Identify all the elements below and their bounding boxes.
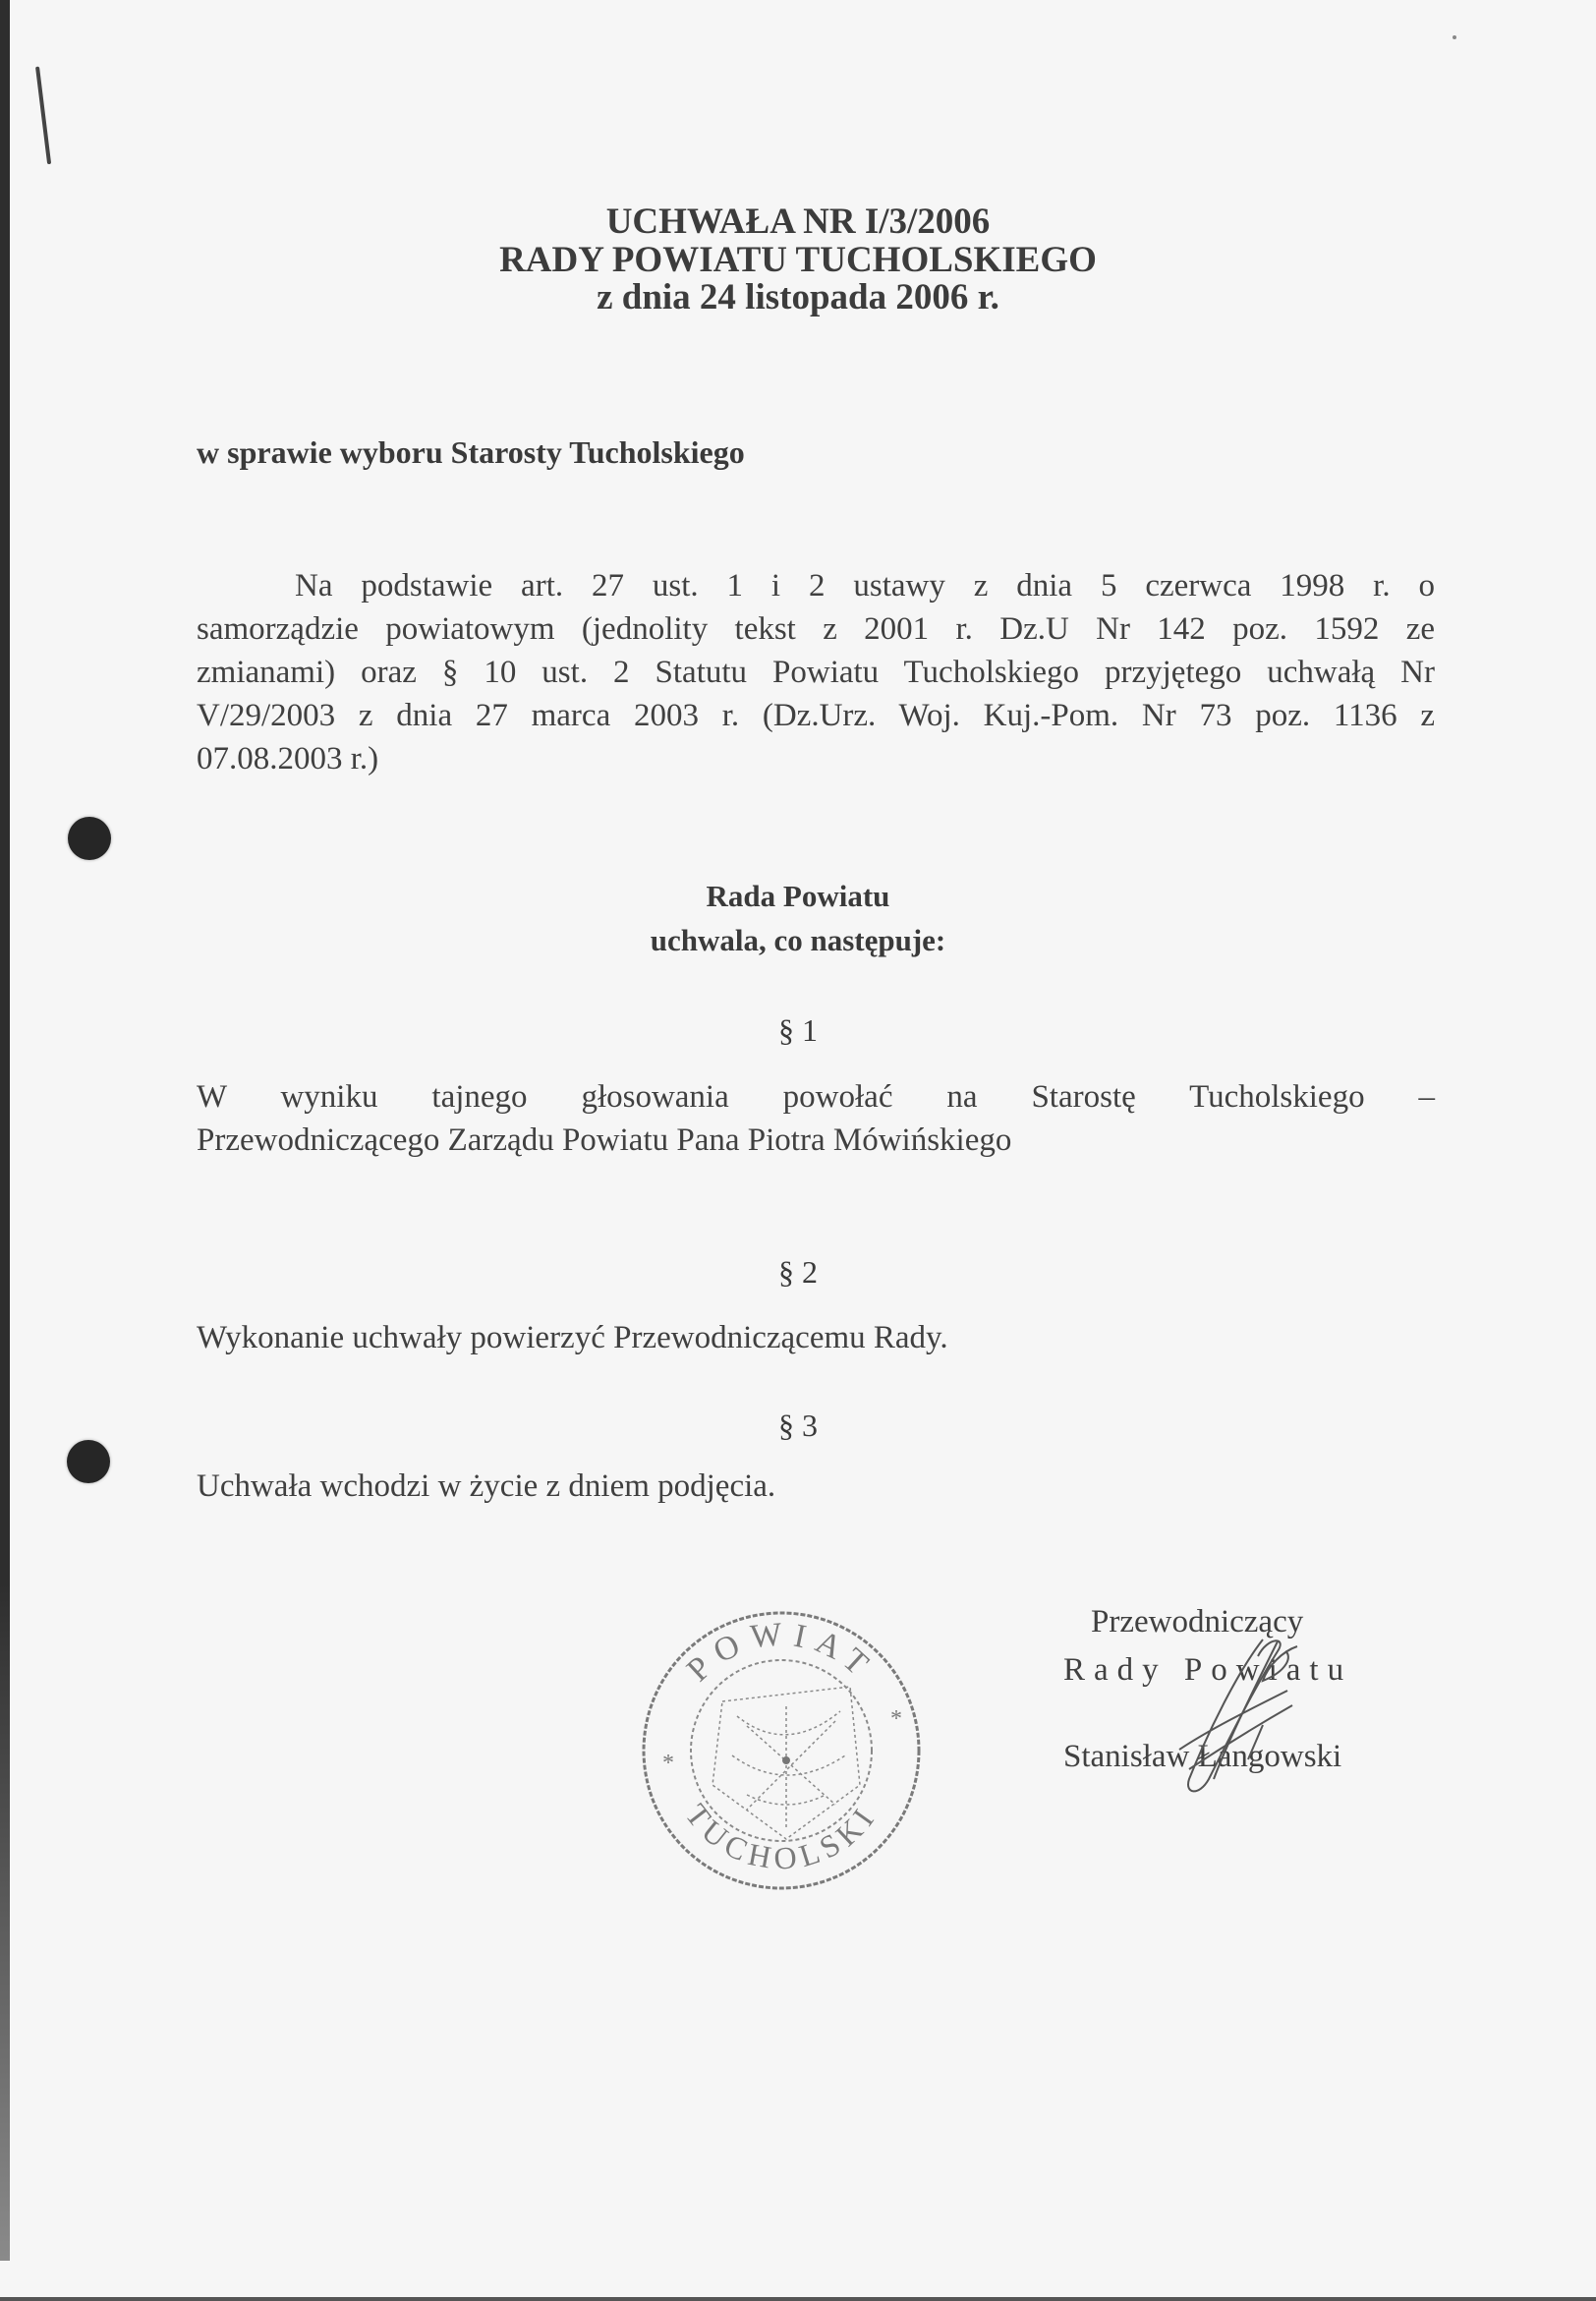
dust-speck bbox=[1453, 35, 1456, 39]
handwritten-signature-icon bbox=[1169, 1632, 1317, 1799]
legal-basis-line: V/29/2003 z dnia 27 marca 2003 r. (Dz.Ur… bbox=[197, 700, 1435, 732]
official-stamp-icon: POWIAT TUCHOLSKI * * bbox=[639, 1608, 924, 1893]
punch-hole-icon bbox=[67, 1440, 110, 1483]
section-1-text: Przewodniczącego Zarządu Powiatu Pana Pi… bbox=[197, 1124, 1011, 1157]
section-2-text: Wykonanie uchwały powierzyć Przewodniczą… bbox=[197, 1322, 948, 1354]
section-3-heading: § 3 bbox=[0, 1409, 1596, 1441]
stamp-bottom-text: TUCHOLSKI bbox=[679, 1797, 884, 1875]
svg-text:TUCHOLSKI: TUCHOLSKI bbox=[679, 1797, 884, 1875]
section-2-heading: § 2 bbox=[0, 1256, 1596, 1288]
document-title-line-1: UCHWAŁA NR I/3/2006 bbox=[0, 203, 1596, 240]
punch-hole-icon bbox=[68, 817, 111, 860]
section-1-heading: § 1 bbox=[0, 1014, 1596, 1046]
legal-basis-line: Na podstawie art. 27 ust. 1 i 2 ustawy z… bbox=[295, 570, 1435, 603]
section-3-text: Uchwała wchodzi w życie z dniem podjęcia… bbox=[197, 1470, 775, 1503]
scan-left-edge bbox=[0, 0, 10, 2261]
scanned-page: UCHWAŁA NR I/3/2006 RADY POWIATU TUCHOLS… bbox=[0, 0, 1596, 2301]
section-1-text: W wyniku tajnego głosowania powołać na S… bbox=[197, 1081, 1435, 1114]
resolving-body: Rada Powiatu bbox=[0, 881, 1596, 911]
pen-mark bbox=[35, 67, 51, 165]
legal-basis-line: 07.08.2003 r.) bbox=[197, 743, 378, 776]
document-title-line-2: RADY POWIATU TUCHOLSKIEGO bbox=[0, 242, 1596, 278]
stamp-ornament: * bbox=[890, 1706, 902, 1732]
legal-basis-line: zmianami) oraz § 10 ust. 2 Statutu Powia… bbox=[197, 657, 1435, 689]
stamp-top-text: POWIAT bbox=[680, 1616, 883, 1689]
resolves-phrase: uchwala, co następuje: bbox=[0, 925, 1596, 955]
legal-basis-line: samorządzie powiatowym (jednolity tekst … bbox=[197, 613, 1435, 646]
document-subject: w sprawie wyboru Starosty Tucholskiego bbox=[197, 436, 745, 468]
svg-text:POWIAT: POWIAT bbox=[680, 1616, 883, 1689]
document-date: z dnia 24 listopada 2006 r. bbox=[0, 279, 1596, 316]
stamp-ornament: * bbox=[662, 1751, 674, 1776]
scan-bottom-edge bbox=[0, 2297, 1596, 2301]
